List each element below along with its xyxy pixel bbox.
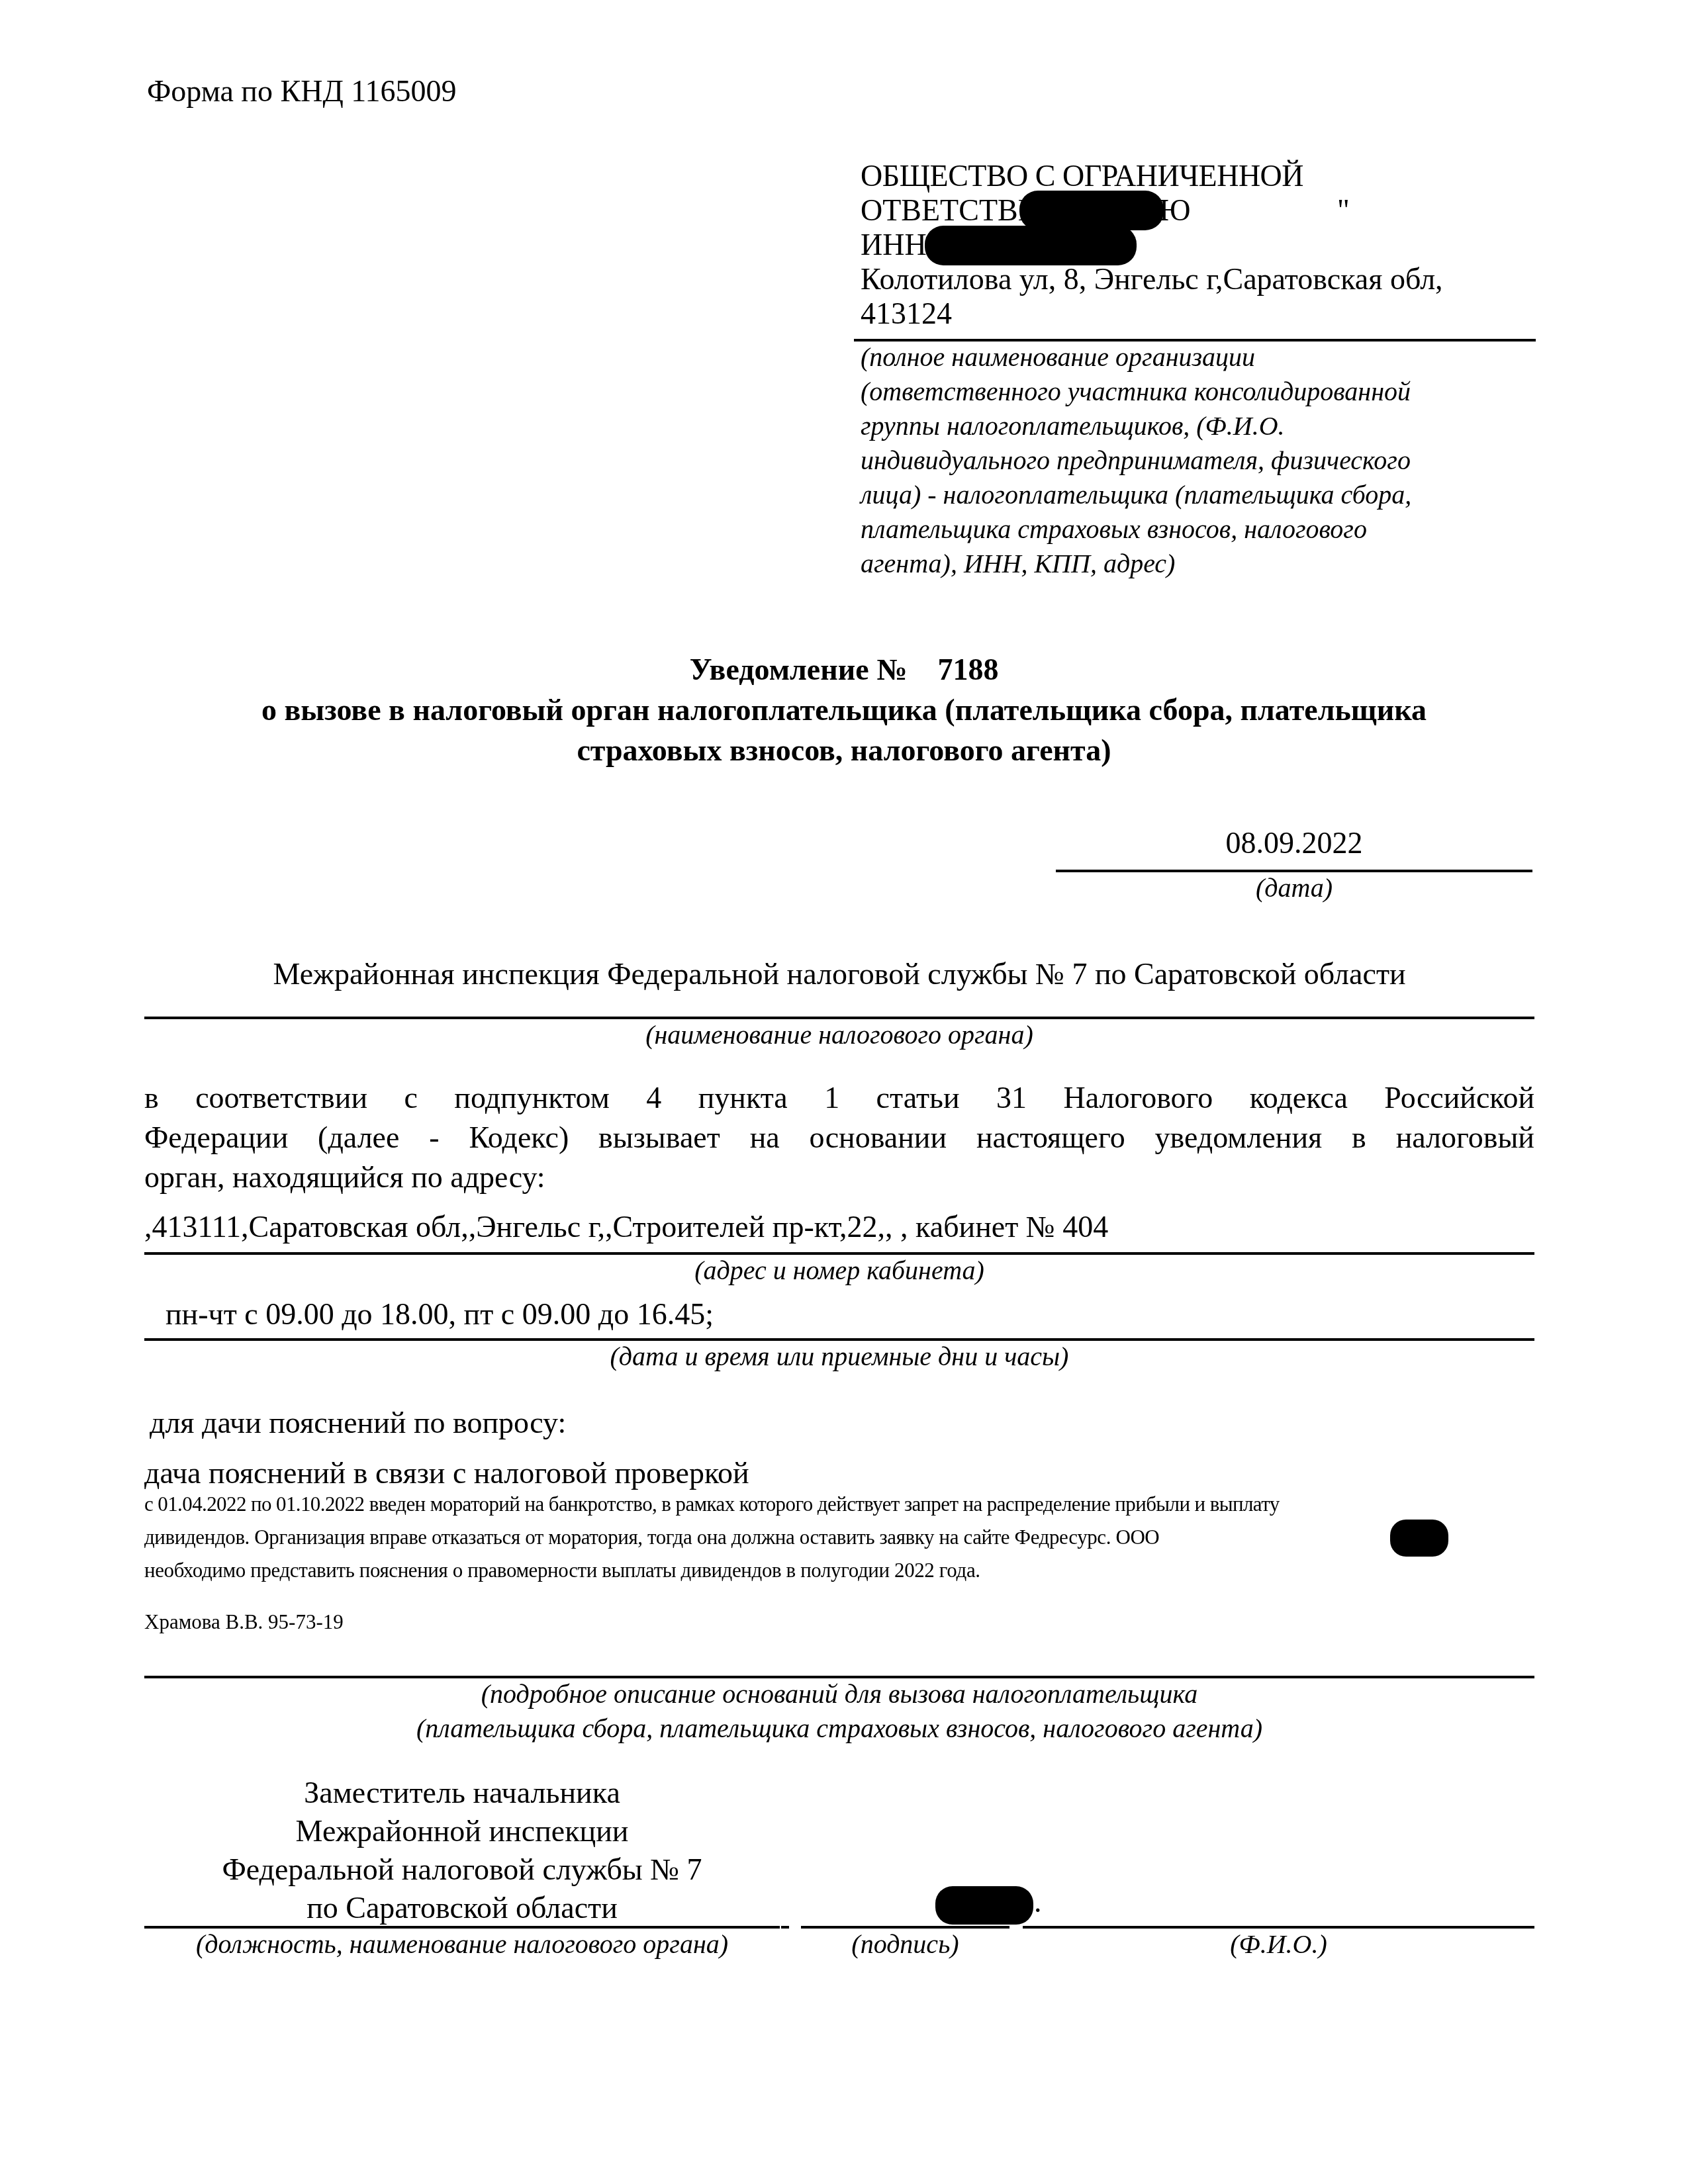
purpose-details-line2: дивидендов. Организация вправе отказатьс…: [144, 1521, 1159, 1554]
signatory-position-line: Межрайонной инспекции: [144, 1812, 780, 1850]
purpose-caption-line2: (плательщика сбора, плательщика страховы…: [144, 1711, 1534, 1746]
purpose-details-line1: с 01.04.2022 по 01.10.2022 введен морато…: [144, 1488, 1280, 1521]
signatory-position-line: Федеральной налоговой службы № 7: [144, 1850, 780, 1889]
notice-subtitle-line2: страховых взносов, налогового агента): [0, 731, 1688, 770]
signatory-position-line: по Саратовской области: [144, 1889, 780, 1927]
notice-label: Уведомление №: [690, 653, 908, 686]
signatory-position: Заместитель начальника Межрайонной инспе…: [144, 1774, 780, 1927]
contact-person: Храмова В.В. 95-73-19: [144, 1606, 344, 1639]
addressee-line2: ОТВЕТСТВЕННОСТЬЮ ": [861, 193, 1536, 228]
addressee-caption-line: агента), ИНН, КПП, адрес): [861, 547, 1411, 581]
addressee-line1: ОБЩЕСТВО С ОГРАНИЧЕННОЙ: [861, 159, 1536, 193]
tax-authority-caption: (наименование налогового органа): [144, 1018, 1534, 1052]
addressee-caption-line: (полное наименование организации: [861, 340, 1411, 375]
addressee-caption-line: индивидуального предпринимателя, физичес…: [861, 443, 1411, 478]
tax-authority-name: Межрайонная инспекция Федеральной налого…: [144, 957, 1534, 991]
purpose-details-line3: необходимо представить пояснения о право…: [144, 1554, 980, 1587]
addressee-address-line2: 413124: [861, 296, 1536, 331]
notice-date: 08.09.2022: [1056, 826, 1532, 860]
redacted-signatory-name: [935, 1886, 1033, 1925]
signature-caption: (подпись): [801, 1927, 1009, 1962]
notice-number: 7188: [937, 653, 998, 686]
purpose-label: для дачи пояснений по вопросу:: [150, 1406, 566, 1440]
redacted-company-name-2: [1390, 1520, 1448, 1557]
date-caption: (дата): [1056, 871, 1532, 905]
body-line1: в соответствии с подпунктом 4 пункта 1 с…: [144, 1079, 1534, 1117]
addressee-caption-line: группы налогоплательщиков, (Ф.И.О.: [861, 409, 1411, 443]
reception-schedule: пн-чт с 09.00 до 18.00, пт с 09.00 до 16…: [165, 1297, 714, 1332]
addressee-caption-line: плательщика страховых взносов, налоговог…: [861, 512, 1411, 547]
name-caption: (Ф.И.О.): [1023, 1927, 1534, 1962]
signatory-name-suffix: .: [1034, 1885, 1042, 1919]
office-address: ,413111,Саратовская обл,,Энгельс г,,Стро…: [144, 1210, 1108, 1244]
addressee-caption: (полное наименование организации (ответс…: [861, 340, 1411, 581]
position-underline-tail: [781, 1926, 789, 1929]
notice-title: Уведомление № 7188: [0, 650, 1688, 690]
body-line3: орган, находящийся по адресу:: [144, 1158, 545, 1197]
addressee-caption-line: лица) - налогоплательщика (плательщика с…: [861, 478, 1411, 512]
redacted-company-name: [1019, 191, 1164, 230]
form-code: Форма по КНД 1165009: [147, 74, 457, 109]
addressee-address-line1: Колотилова ул, 8, Энгельс г,Саратовская …: [861, 262, 1536, 296]
signatory-position-line: Заместитель начальника: [144, 1774, 780, 1812]
redacted-inn-kpp: [925, 226, 1137, 265]
addressee-quote: ": [1337, 193, 1350, 227]
schedule-caption: (дата и время или приемные дни и часы): [144, 1340, 1534, 1374]
purpose-caption-line1: (подробное описание оснований для вызова…: [144, 1677, 1534, 1711]
notice-subtitle-line1: о вызове в налоговый орган налогоплатель…: [0, 690, 1688, 730]
addressee-caption-line: (ответственного участника консолидирован…: [861, 375, 1411, 409]
position-caption: (должность, наименование налогового орга…: [144, 1927, 780, 1962]
purpose-topic: дача пояснений в связи с налоговой прове…: [144, 1456, 749, 1490]
office-address-caption: (адрес и номер кабинета): [144, 1253, 1534, 1288]
body-line2: Федерации (далее - Кодекс) вызывает на о…: [144, 1118, 1534, 1157]
